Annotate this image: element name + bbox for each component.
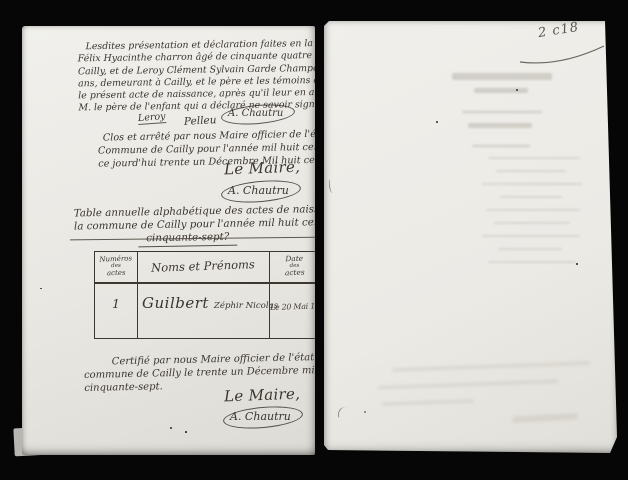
column-header-numeros: Numéros des actes bbox=[95, 254, 138, 277]
ink-speck bbox=[185, 431, 187, 433]
register-page-left: Lesdites présentation et déclaration fai… bbox=[22, 26, 315, 455]
register-page-right: 2 c18 bbox=[324, 21, 618, 453]
closing-paragraph: Lesdites présentation et déclaration fai… bbox=[78, 37, 315, 115]
cell-act-number: 1 bbox=[95, 296, 137, 311]
signature-pelleu: Pelleu bbox=[184, 114, 217, 128]
signature-leroy: Leroy bbox=[138, 111, 166, 125]
header-line: actes bbox=[269, 268, 315, 278]
ink-speck bbox=[170, 427, 172, 429]
column-header-noms: Noms et Prénoms bbox=[137, 257, 269, 276]
signature-mayor-flourish: A. Chautru bbox=[228, 108, 283, 119]
signature-mayor-flourish: A. Chautru bbox=[230, 410, 291, 423]
ink-speck bbox=[436, 121, 438, 123]
acts-table: Numéros des actes Noms et Prénoms Date d… bbox=[94, 251, 315, 339]
show-through-print bbox=[444, 69, 574, 169]
cell-act-date: Le 20 Mai 1857 bbox=[270, 301, 315, 312]
table-header-divider bbox=[95, 282, 315, 284]
ink-speck bbox=[40, 288, 42, 289]
first-names: Zéphir Nicolas bbox=[214, 301, 278, 311]
show-through-print-lines bbox=[452, 157, 592, 297]
edge-ink-mark bbox=[328, 179, 335, 194]
pencil-mark bbox=[336, 405, 352, 422]
mayor-signature: A. Chautru bbox=[230, 410, 291, 423]
archival-corner-annotation: 2 c18 bbox=[537, 21, 580, 41]
cell-name: GuilbertZéphir Nicolas bbox=[142, 293, 278, 312]
table-title: Table annuelle alphabétique des actes de… bbox=[74, 203, 315, 249]
column-header-date: Date des actes bbox=[269, 254, 315, 278]
header-line: actes bbox=[95, 268, 137, 277]
mayor-signature: A. Chautru bbox=[228, 184, 289, 197]
annotation-flourish bbox=[518, 43, 608, 67]
le-maire-label: Le Maire, bbox=[224, 385, 301, 406]
show-through-handwriting bbox=[362, 363, 602, 443]
ink-speck bbox=[364, 411, 366, 413]
le-maire-label: Le Maire, bbox=[224, 158, 301, 179]
surname: Guilbert bbox=[142, 294, 209, 312]
archival-scan-viewport: { "scan": { "background_color": "#060606… bbox=[0, 0, 628, 480]
signature-mayor-flourish: A. Chautru bbox=[228, 184, 289, 197]
ink-speck bbox=[576, 263, 578, 265]
